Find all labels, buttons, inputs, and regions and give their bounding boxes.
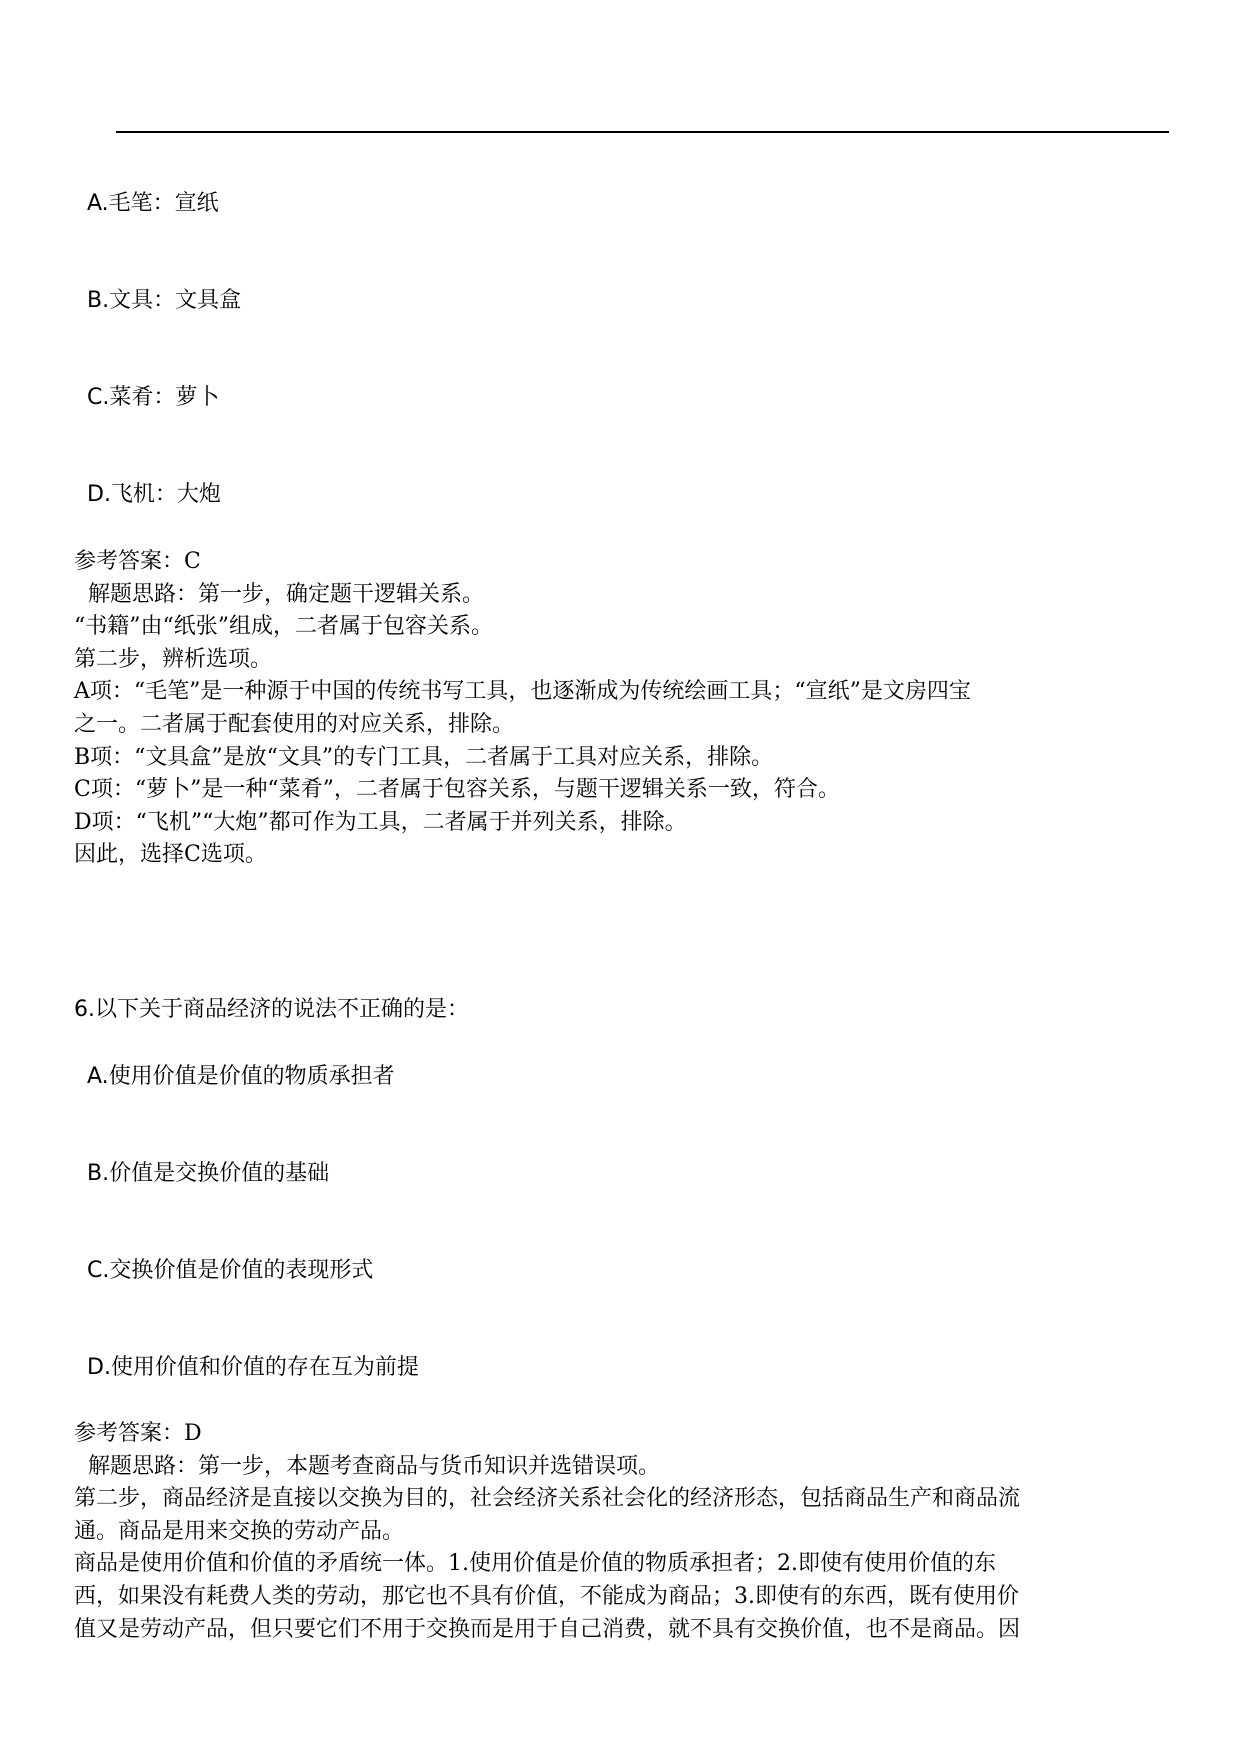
q5-explanation-line: 因此，选择C选项。	[74, 839, 1174, 872]
q5-explanation-line: 之一。二者属于配套使用的对应关系，排除。	[74, 709, 1174, 742]
q6-explanation-line: 西，如果没有耗费人类的劳动，那它也不具有价值，不能成为商品；3.即使有的东西，既…	[74, 1581, 1174, 1614]
header-rule	[116, 131, 1169, 133]
q5-option-c: C.菜肴：萝卜	[87, 384, 219, 412]
q6-option-d: D.使用价值和价值的存在互为前提	[87, 1354, 419, 1382]
q6-option-c: C.交换价值是价值的表现形式	[87, 1257, 373, 1285]
q5-option-a: A.毛笔：宣纸	[87, 190, 219, 218]
q6-explanation-line: 通。商品是用来交换的劳动产品。	[74, 1516, 1174, 1549]
q5-explanation-line: A项：“毛笔”是一种源于中国的传统书写工具，也逐渐成为传统绘画工具；“宣纸”是文…	[74, 676, 1174, 709]
q5-explanation-line: C项：“萝卜”是一种“菜肴”，二者属于包容关系，与题干逻辑关系一致，符合。	[74, 774, 1174, 807]
q5-explanation-line: “书籍”由“纸张”组成，二者属于包容关系。	[74, 611, 1174, 644]
q6-reference-answer: 参考答案：D	[74, 1418, 1174, 1451]
q5-option-b: B.文具：文具盒	[87, 287, 241, 315]
q6-option-a: A.使用价值是价值的物质承担者	[87, 1063, 395, 1091]
q6-option-b: B.价值是交换价值的基础	[87, 1160, 329, 1188]
q6-explanation-line: 解题思路：第一步，本题考查商品与货币知识并选错误项。	[74, 1451, 1174, 1484]
q5-answer-explanation: 参考答案：C 解题思路：第一步，确定题干逻辑关系。 “书籍”由“纸张”组成，二者…	[74, 546, 1174, 872]
q6-explanation-line: 第二步，商品经济是直接以交换为目的，社会经济关系社会化的经济形态，包括商品生产和…	[74, 1483, 1174, 1516]
q5-explanation-line: 第二步，辨析选项。	[74, 644, 1174, 677]
q5-explanation-line: B项：“文具盒”是放“文具”的专门工具，二者属于工具对应关系，排除。	[74, 742, 1174, 775]
q6-answer-explanation: 参考答案：D 解题思路：第一步，本题考查商品与货币知识并选错误项。 第二步，商品…	[74, 1418, 1174, 1646]
q5-reference-answer: 参考答案：C	[74, 546, 1174, 579]
q5-option-d: D.飞机：大炮	[87, 481, 221, 509]
q6-explanation-line: 商品是使用价值和价值的矛盾统一体。1.使用价值是价值的物质承担者；2.即使有使用…	[74, 1548, 1174, 1581]
q5-explanation-line: 解题思路：第一步，确定题干逻辑关系。	[74, 579, 1174, 612]
q6-title: 6.以下关于商品经济的说法不正确的是：	[74, 996, 469, 1024]
q6-explanation-line: 值又是劳动产品，但只要它们不用于交换而是用于自己消费，就不具有交换价值，也不是商…	[74, 1614, 1174, 1647]
q5-explanation-line: D项：“飞机”“大炮”都可作为工具，二者属于并列关系，排除。	[74, 807, 1174, 840]
